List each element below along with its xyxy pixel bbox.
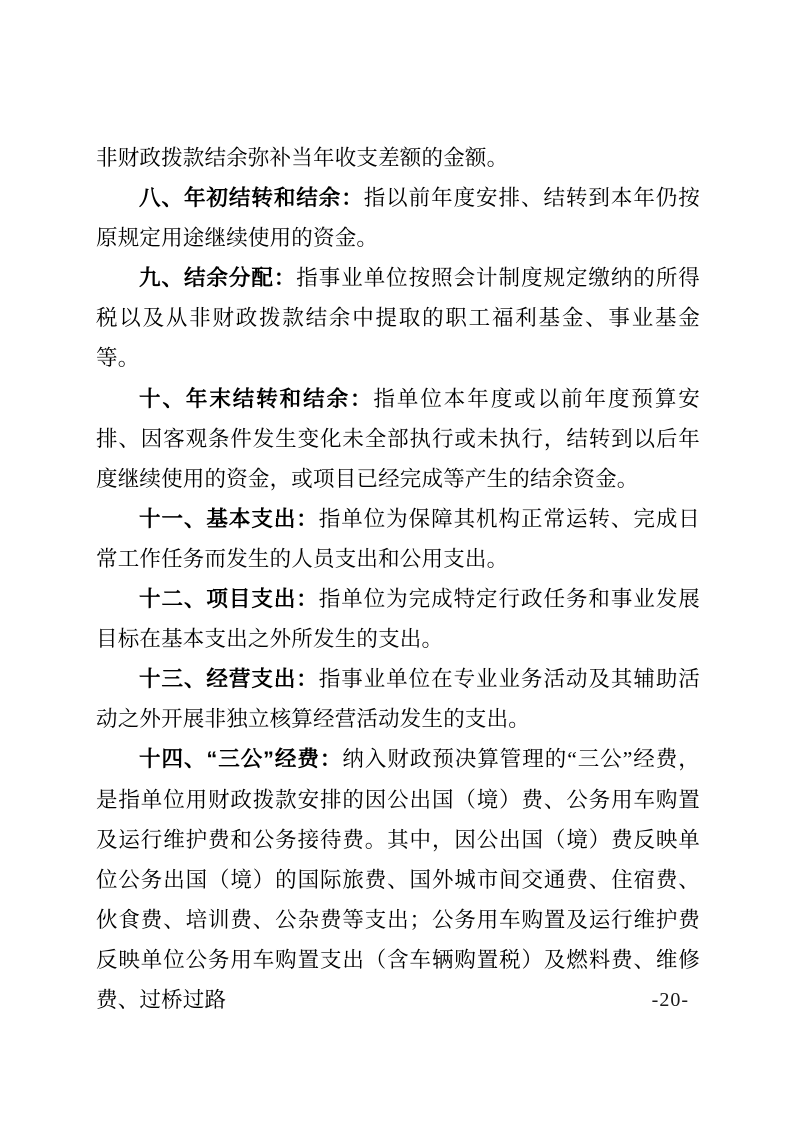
- paragraph-term: 十四、“三公”经费：: [139, 747, 342, 771]
- paragraph-term: 十一、基本支出：: [139, 507, 319, 531]
- paragraph-item-8: 八、年初结转和结余：指以前年度安排、结转到本年仍按原规定用途继续使用的资金。: [96, 178, 700, 258]
- paragraph-item-13: 十三、经营支出：指事业单位在专业业务活动及其辅助活动之外开展非独立核算经营活动发…: [96, 659, 700, 739]
- paragraph-text: 非财政拨款结余弥补当年收支差额的金额。: [96, 146, 508, 170]
- paragraph-text: 纳入财政预决算管理的“三公”经费，是指单位用财政拨款安排的因公出国（境）费、公务…: [96, 747, 700, 1012]
- paragraph-continuation: 非财政拨款结余弥补当年收支差额的金额。: [96, 138, 700, 178]
- paragraph-item-12: 十二、项目支出：指单位为完成特定行政任务和事业发展目标在基本支出之外所发生的支出…: [96, 579, 700, 659]
- paragraph-item-11: 十一、基本支出：指单位为保障其机构正常运转、完成日常工作任务而发生的人员支出和公…: [96, 499, 700, 579]
- paragraph-item-10: 十、年末结转和结余：指单位本年度或以前年度预算安排、因客观条件发生变化未全部执行…: [96, 379, 700, 499]
- paragraph-item-9: 九、结余分配：指事业单位按照会计制度规定缴纳的所得税以及从非财政拨款结余中提取的…: [96, 258, 700, 378]
- paragraph-term: 十、年末结转和结余：: [139, 387, 373, 411]
- paragraph-term: 九、结余分配：: [139, 266, 296, 290]
- document-body: 非财政拨款结余弥补当年收支差额的金额。 八、年初结转和结余：指以前年度安排、结转…: [96, 138, 700, 1020]
- paragraph-term: 十二、项目支出：: [139, 587, 319, 611]
- document-page: 非财政拨款结余弥补当年收支差额的金额。 八、年初结转和结余：指以前年度安排、结转…: [0, 0, 793, 1122]
- paragraph-item-14: 十四、“三公”经费：纳入财政预决算管理的“三公”经费，是指单位用财政拨款安排的因…: [96, 739, 700, 1020]
- paragraph-term: 十三、经营支出：: [139, 667, 319, 691]
- page-number: -20-: [652, 988, 689, 1012]
- paragraph-term: 八、年初结转和结余：: [139, 186, 364, 210]
